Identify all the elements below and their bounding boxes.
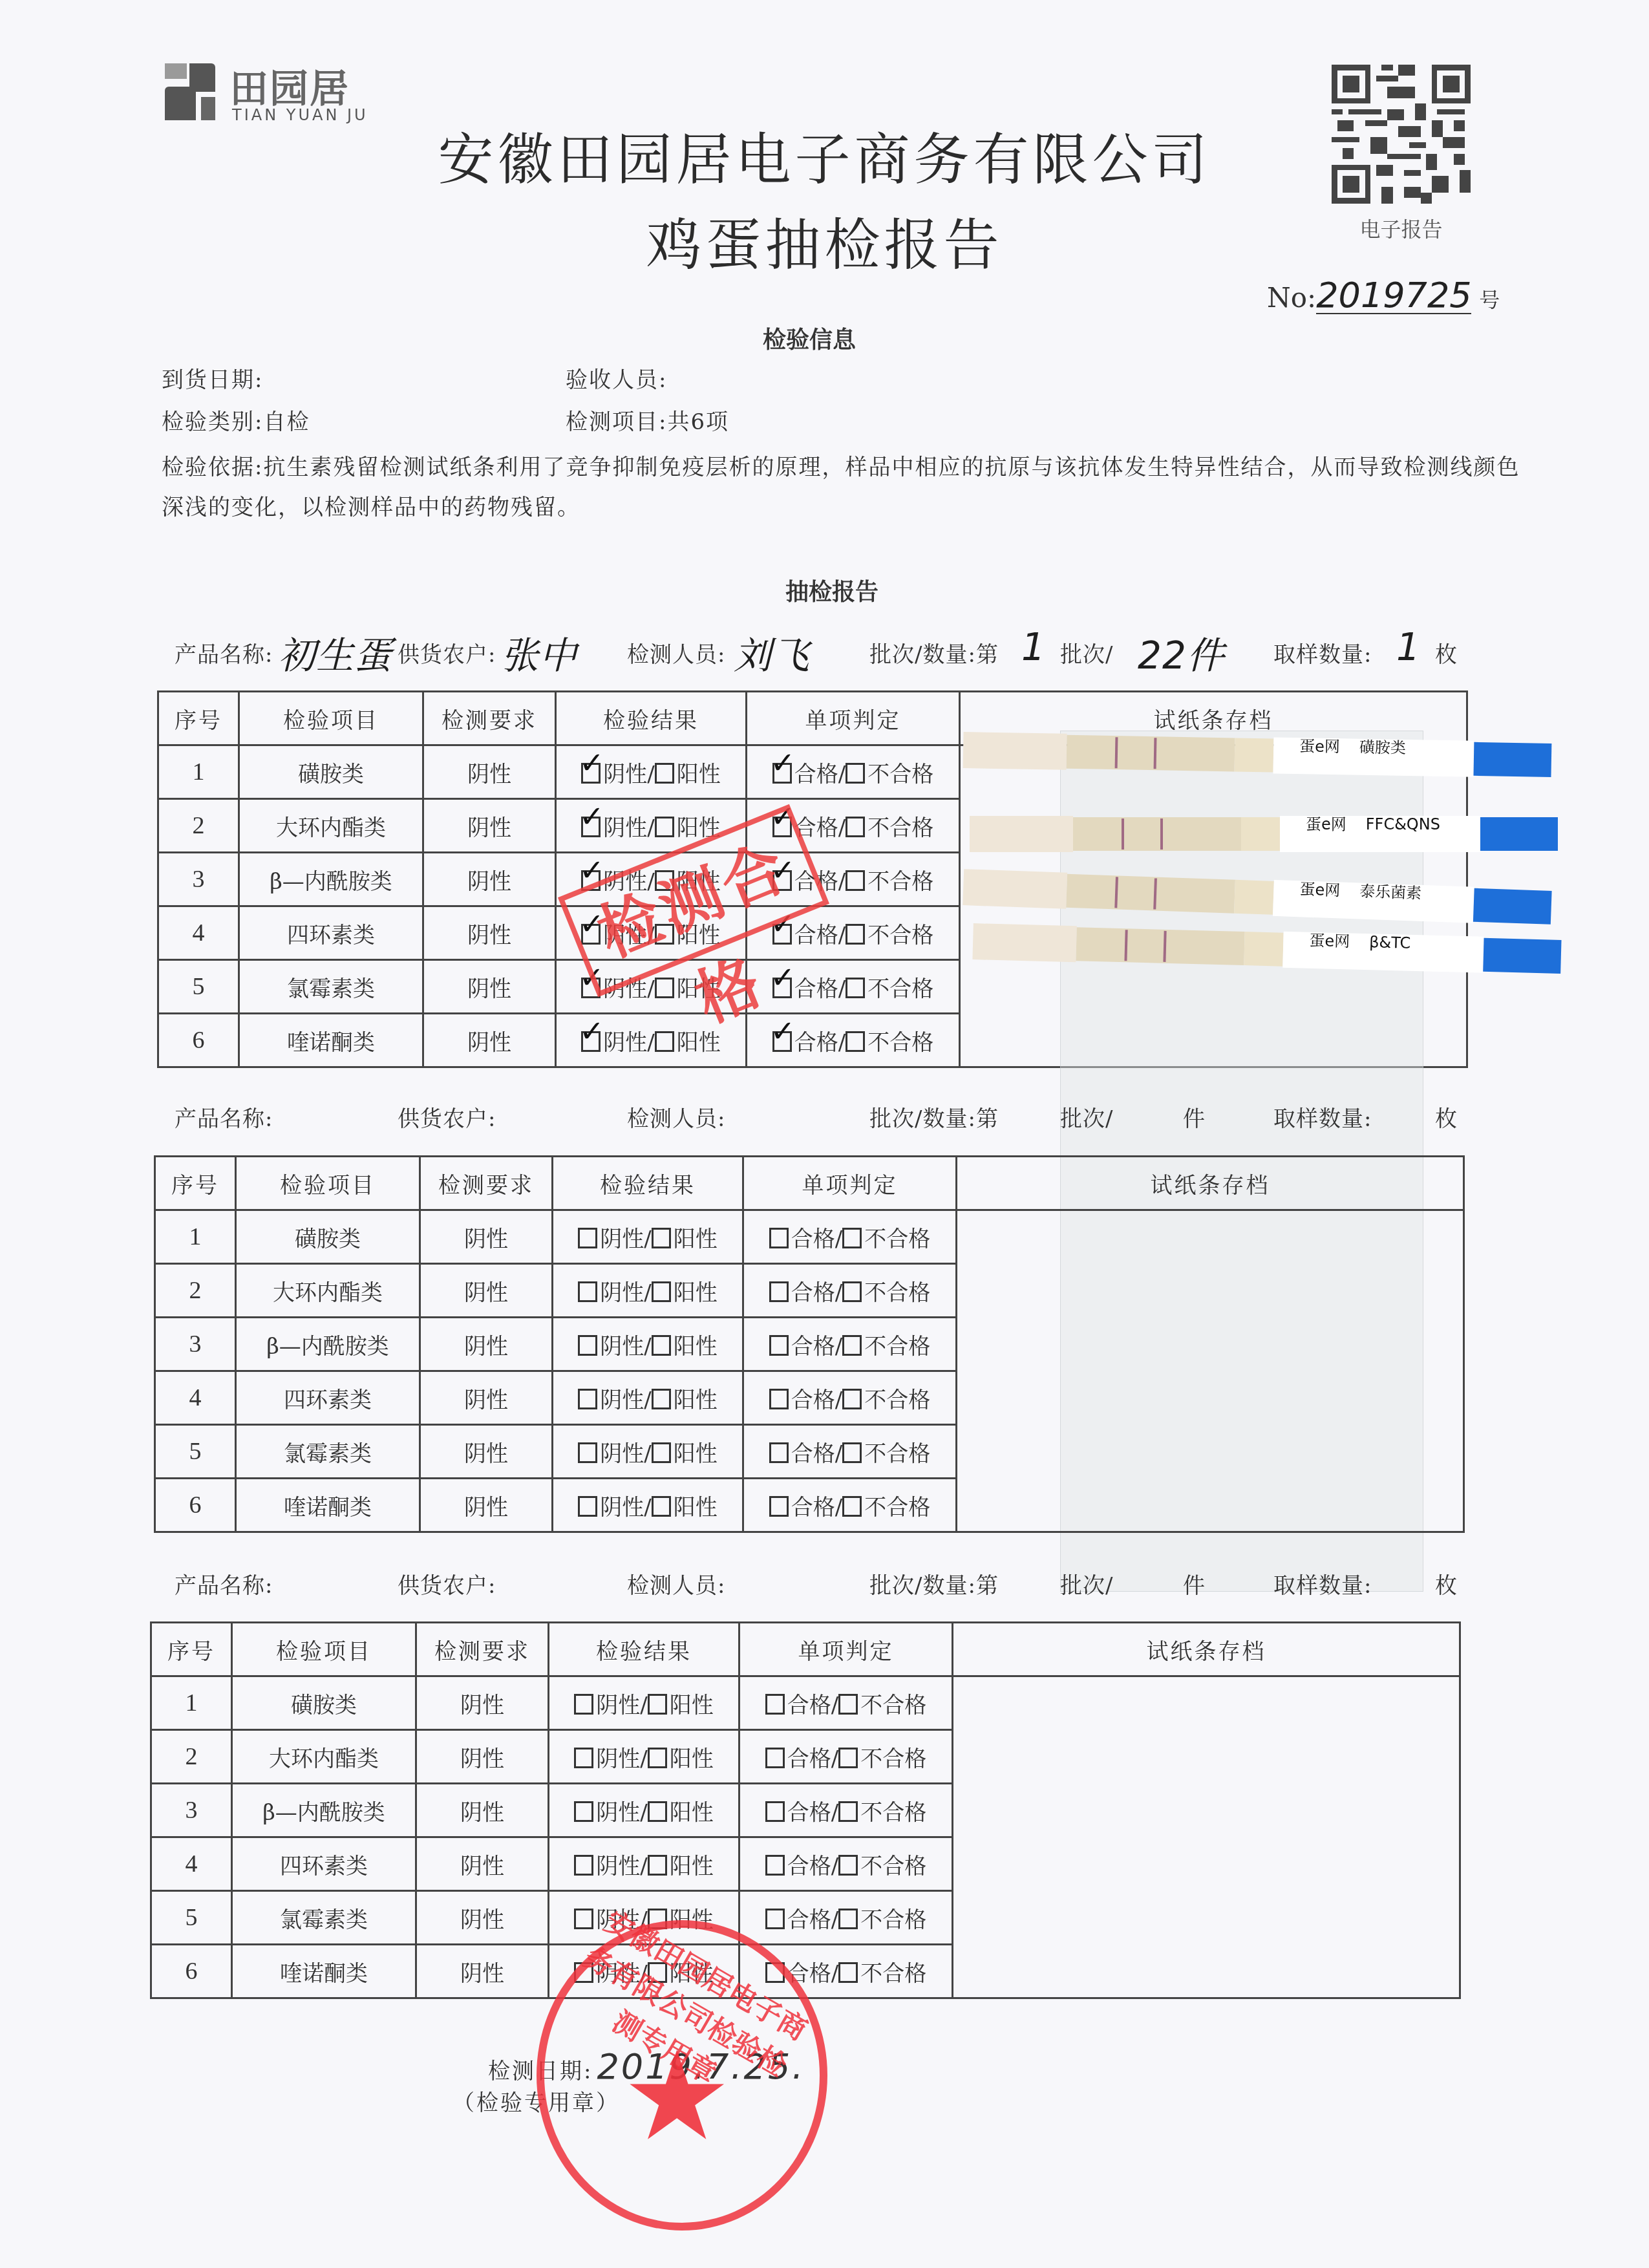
pass-label: 合格	[787, 1693, 831, 1718]
column-header: 检验结果	[556, 692, 747, 745]
pass-checkbox[interactable]	[765, 1909, 785, 1929]
test-item: 磺胺类	[239, 745, 423, 799]
column-header: 检验结果	[553, 1157, 743, 1210]
product-label: 产品名称:	[175, 1101, 273, 1133]
column-header: 序号	[155, 1157, 236, 1210]
positive-checkbox[interactable]	[648, 1694, 667, 1715]
product-label: 产品名称:	[175, 1568, 273, 1599]
test-item: 氯霉素类	[236, 1425, 420, 1479]
inspector-value[interactable]: 刘飞	[734, 625, 810, 679]
pass-checkbox[interactable]	[769, 1281, 789, 1302]
positive-label: 阳性	[677, 762, 721, 787]
test-items-field: 检测项目:共6项	[566, 404, 729, 436]
batch-label: 批次/数量:第	[869, 1101, 999, 1133]
sample-unit: 枚	[1435, 1101, 1458, 1133]
test-item: 四环素类	[232, 1837, 416, 1891]
strip-brand: 蛋e网	[1306, 815, 1346, 833]
option-separator: /	[835, 1226, 842, 1252]
fail-label: 不合格	[860, 1961, 926, 1987]
fail-checkbox[interactable]	[842, 1228, 862, 1248]
fail-checkbox[interactable]	[838, 1748, 858, 1768]
result-cell: 阴性/阳性	[553, 1210, 743, 1264]
positive-checkbox[interactable]	[655, 1031, 674, 1052]
row-number: 4	[155, 1371, 236, 1425]
option-separator: /	[835, 1495, 842, 1521]
option-separator: /	[647, 815, 654, 841]
requirement: 阴性	[420, 1479, 553, 1532]
judgement-cell: 合格/不合格	[739, 1837, 953, 1891]
test-item: 大环内酯类	[232, 1730, 416, 1784]
test-item: 四环素类	[236, 1371, 420, 1425]
pass-checkbox[interactable]	[772, 1031, 792, 1052]
row-number: 2	[151, 1730, 232, 1784]
positive-checkbox[interactable]	[648, 1855, 667, 1876]
fail-label: 不合格	[864, 1280, 930, 1306]
requirement: 阴性	[420, 1210, 553, 1264]
company-logo: 田园居 TIAN YUAN JU	[165, 58, 385, 123]
negative-checkbox[interactable]	[581, 817, 601, 837]
negative-checkbox[interactable]	[578, 1442, 597, 1463]
requirement: 阴性	[420, 1318, 553, 1371]
test-item: 喹诺酮类	[239, 1014, 423, 1067]
row-number: 3	[158, 853, 239, 906]
report-number-label: No:	[1267, 282, 1316, 314]
qr-code-label: 电子报告	[1332, 213, 1471, 243]
row-number: 2	[158, 799, 239, 853]
fail-label: 不合格	[864, 1387, 930, 1413]
logo-mark-icon	[165, 63, 223, 122]
product-label: 产品名称:	[175, 637, 273, 669]
arrival-date-field: 到货日期:	[162, 362, 263, 394]
strip-name: 磺胺类	[1359, 738, 1406, 757]
negative-label: 阴性	[603, 815, 647, 841]
row-number: 3	[151, 1784, 232, 1837]
fail-label: 不合格	[864, 1441, 930, 1467]
pass-checkbox[interactable]	[772, 924, 792, 945]
fail-checkbox[interactable]	[846, 978, 865, 998]
result-cell: 阴性/阳性	[553, 1371, 743, 1425]
positive-checkbox[interactable]	[652, 1335, 671, 1356]
option-separator: /	[831, 1693, 838, 1718]
positive-label: 阳性	[674, 1495, 718, 1521]
fail-label: 不合格	[867, 923, 933, 948]
negative-label: 阴性	[600, 1226, 644, 1252]
pass-label: 合格	[794, 976, 838, 1002]
positive-checkbox[interactable]	[655, 763, 674, 784]
option-separator: /	[644, 1334, 651, 1360]
row-number: 4	[151, 1837, 232, 1891]
option-separator: /	[644, 1226, 651, 1252]
pass-label: 合格	[794, 762, 838, 787]
column-header: 试纸条存档	[957, 1157, 1464, 1210]
row-number: 1	[158, 745, 239, 799]
fail-label: 不合格	[864, 1226, 930, 1252]
sample-label: 取样数量:	[1273, 637, 1372, 669]
column-header: 单项判定	[747, 692, 960, 745]
column-header: 单项判定	[743, 1157, 957, 1210]
option-separator: /	[640, 1693, 647, 1718]
row-number: 5	[151, 1891, 232, 1945]
result-cell: 阴性/阳性	[549, 1676, 739, 1730]
test-item: β—内酰胺类	[236, 1318, 420, 1371]
column-header: 检验项目	[239, 692, 423, 745]
negative-checkbox[interactable]	[574, 1801, 593, 1822]
judgement-cell: 合格/不合格	[739, 1784, 953, 1837]
positive-label: 阳性	[670, 1854, 714, 1879]
pass-checkbox[interactable]	[769, 1389, 789, 1409]
row-number: 6	[158, 1014, 239, 1067]
column-header: 检验结果	[549, 1623, 739, 1676]
pass-label: 合格	[787, 1800, 831, 1826]
pass-checkbox[interactable]	[769, 1496, 789, 1517]
inspection-basis: 检验依据:抗生素残留检测试纸条利用了竞争抑制免疫层析的原理，样品中相应的抗原与该…	[162, 447, 1532, 528]
sample-meta-row: 产品名称:供货农户:检测人员:批次/数量:第批次/件取样数量:枚	[175, 1568, 1467, 1607]
negative-label: 阴性	[596, 1746, 640, 1772]
pass-label: 合格	[791, 1334, 835, 1360]
negative-checkbox[interactable]	[574, 1748, 593, 1768]
table-row: 1磺胺类阴性阴性/阳性合格/不合格	[155, 1210, 1464, 1264]
column-header: 序号	[158, 692, 239, 745]
column-header: 单项判定	[739, 1623, 953, 1676]
option-separator: /	[644, 1387, 651, 1413]
fail-checkbox[interactable]	[846, 924, 865, 945]
test-item: 喹诺酮类	[232, 1945, 416, 1998]
strip-name: 泰乐菌素	[1359, 883, 1422, 903]
fail-label: 不合格	[860, 1746, 926, 1772]
judgement-cell: 合格/不合格	[739, 1730, 953, 1784]
pass-checkbox[interactable]	[772, 978, 792, 998]
test-item: 氯霉素类	[232, 1891, 416, 1945]
strip-brand: 蛋e网	[1299, 737, 1340, 756]
fail-checkbox[interactable]	[842, 1281, 862, 1302]
option-separator: /	[831, 1907, 838, 1933]
test-strip: 蛋e网FFC&QNS	[970, 816, 1558, 852]
pass-checkbox[interactable]	[765, 1748, 785, 1768]
batch-label: 批次/数量:第	[869, 637, 999, 669]
option-separator: /	[835, 1387, 842, 1413]
sample-label: 取样数量:	[1273, 1568, 1372, 1599]
judgement-cell: 合格/不合格	[747, 960, 960, 1014]
column-header: 检测要求	[423, 692, 556, 745]
negative-label: 阴性	[600, 1334, 644, 1360]
batch-mid-label: 批次/	[1060, 637, 1113, 669]
pass-checkbox[interactable]	[765, 1694, 785, 1715]
test-item: 喹诺酮类	[236, 1479, 420, 1532]
positive-checkbox[interactable]	[648, 1748, 667, 1768]
negative-checkbox[interactable]	[581, 763, 601, 784]
positive-checkbox[interactable]	[652, 1281, 671, 1302]
judgement-cell: 合格/不合格	[743, 1479, 957, 1532]
judgement-cell: 合格/不合格	[739, 1891, 953, 1945]
category-value: 自检	[263, 409, 310, 435]
positive-label: 阳性	[670, 1693, 714, 1718]
judgement-cell: 合格/不合格	[747, 1014, 960, 1067]
fail-label: 不合格	[864, 1334, 930, 1360]
test-items-value: 共6项	[667, 409, 729, 435]
row-number: 3	[155, 1318, 236, 1371]
inspector-label: 检测人员:	[627, 1568, 725, 1599]
table-header-row: 序号检验项目检测要求检验结果单项判定试纸条存档	[151, 1623, 1460, 1676]
option-separator: /	[835, 1441, 842, 1467]
row-number: 5	[155, 1425, 236, 1479]
row-number: 6	[151, 1945, 232, 1998]
negative-label: 阴性	[596, 1693, 640, 1718]
positive-checkbox[interactable]	[652, 1496, 671, 1517]
negative-label: 阴性	[600, 1495, 644, 1521]
judgement-cell: 合格/不合格	[743, 1425, 957, 1479]
option-separator: /	[644, 1495, 651, 1521]
option-separator: /	[831, 1854, 838, 1879]
requirement: 阴性	[416, 1945, 549, 1998]
negative-checkbox[interactable]	[578, 1228, 597, 1248]
negative-label: 阴性	[600, 1387, 644, 1413]
test-item: 磺胺类	[236, 1210, 420, 1264]
strip-name: β&TC	[1369, 933, 1411, 952]
positive-label: 阳性	[670, 1800, 714, 1826]
judgement-cell: 合格/不合格	[743, 1318, 957, 1371]
requirement: 阴性	[423, 853, 556, 906]
requirement: 阴性	[416, 1891, 549, 1945]
positive-label: 阳性	[670, 1746, 714, 1772]
fail-label: 不合格	[860, 1907, 926, 1933]
option-separator: /	[644, 1280, 651, 1306]
positive-checkbox[interactable]	[652, 1228, 671, 1248]
report-number-value: 2019725	[1316, 278, 1471, 314]
negative-checkbox[interactable]	[581, 1031, 601, 1052]
requirement: 阴性	[416, 1676, 549, 1730]
inspection-table: 序号检验项目检测要求检验结果单项判定试纸条存档1磺胺类阴性阴性/阳性合格/不合格…	[150, 1621, 1461, 1999]
inspection-table: 序号检验项目检测要求检验结果单项判定试纸条存档1磺胺类阴性阴性/阳性合格/不合格…	[154, 1155, 1465, 1533]
requirement: 阴性	[423, 799, 556, 853]
fail-checkbox[interactable]	[838, 1801, 858, 1822]
inspector-label: 检测人员:	[627, 1101, 725, 1133]
negative-label: 阴性	[596, 1800, 640, 1826]
pass-checkbox[interactable]	[765, 1801, 785, 1822]
negative-checkbox[interactable]	[574, 1909, 593, 1929]
table-header-row: 序号检验项目检测要求检验结果单项判定试纸条存档	[155, 1157, 1464, 1210]
option-separator: /	[838, 1030, 846, 1056]
fail-checkbox[interactable]	[842, 1442, 862, 1463]
requirement: 阴性	[423, 960, 556, 1014]
positive-label: 阳性	[674, 1280, 718, 1306]
strip-brand: 蛋e网	[1309, 932, 1350, 951]
requirement: 阴性	[420, 1371, 553, 1425]
row-number: 2	[155, 1264, 236, 1318]
column-header: 检测要求	[416, 1623, 549, 1676]
pass-checkbox[interactable]	[765, 1855, 785, 1876]
pass-checkbox[interactable]	[769, 1228, 789, 1248]
option-separator: /	[647, 1030, 654, 1056]
negative-checkbox[interactable]	[578, 1389, 597, 1409]
test-item: 磺胺类	[232, 1676, 416, 1730]
pass-checkbox[interactable]	[772, 763, 792, 784]
option-separator: /	[831, 1800, 838, 1826]
positive-label: 阳性	[674, 1334, 718, 1360]
category-field: 检验类别:自检	[162, 404, 310, 436]
fail-checkbox[interactable]	[838, 1909, 858, 1929]
batch-value[interactable]: 1	[1021, 625, 1046, 669]
positive-checkbox[interactable]	[648, 1801, 667, 1822]
qty-value[interactable]: 22件	[1138, 625, 1225, 679]
pass-label: 合格	[791, 1495, 835, 1521]
negative-label: 阴性	[603, 1030, 647, 1056]
report-number-suffix: 号	[1479, 288, 1500, 312]
pass-label: 合格	[787, 1854, 831, 1879]
farmer-value[interactable]: 张中	[501, 625, 577, 679]
fail-label: 不合格	[867, 976, 933, 1002]
fail-checkbox[interactable]	[846, 817, 865, 837]
fail-checkbox[interactable]	[838, 1962, 858, 1983]
positive-label: 阳性	[674, 1226, 718, 1252]
fail-checkbox[interactable]	[846, 763, 865, 784]
test-strip-archive-cell	[953, 1676, 1460, 1998]
batch-mid-label: 批次/	[1060, 1568, 1113, 1599]
fail-label: 不合格	[867, 869, 933, 895]
fail-label: 不合格	[864, 1495, 930, 1521]
sample-unit: 枚	[1435, 1568, 1458, 1599]
column-header: 检测要求	[420, 1157, 553, 1210]
row-number: 1	[155, 1210, 236, 1264]
fail-checkbox[interactable]	[846, 870, 865, 891]
option-separator: /	[647, 976, 654, 1002]
fail-checkbox[interactable]	[842, 1496, 862, 1517]
negative-label: 阴性	[600, 1280, 644, 1306]
fail-checkbox[interactable]	[838, 1694, 858, 1715]
test-strip-archive-cell	[957, 1210, 1464, 1532]
option-separator: /	[640, 1854, 647, 1879]
judgement-cell: 合格/不合格	[743, 1371, 957, 1425]
column-header: 试纸条存档	[953, 1623, 1460, 1676]
option-separator: /	[644, 1441, 651, 1467]
batch-label: 批次/数量:第	[869, 1568, 999, 1599]
row-number: 6	[155, 1479, 236, 1532]
fail-checkbox[interactable]	[842, 1335, 862, 1356]
result-cell: 阴性/阳性	[549, 1837, 739, 1891]
judgement-cell: 合格/不合格	[739, 1676, 953, 1730]
option-separator: /	[647, 762, 654, 787]
pass-label: 合格	[791, 1441, 835, 1467]
fail-label: 不合格	[860, 1693, 926, 1718]
farmer-label: 供货农户:	[398, 1568, 496, 1599]
fail-checkbox[interactable]	[838, 1855, 858, 1876]
negative-label: 阴性	[600, 1441, 644, 1467]
positive-label: 阳性	[674, 1387, 718, 1413]
pass-label: 合格	[787, 1907, 831, 1933]
negative-checkbox[interactable]	[578, 1281, 597, 1302]
judgement-cell: 合格/不合格	[743, 1210, 957, 1264]
result-cell: 阴性/阳性	[553, 1318, 743, 1371]
receiver-label: 验收人员:	[566, 367, 667, 393]
judgement-cell: 合格/不合格	[747, 745, 960, 799]
product-value[interactable]: 初生蛋	[278, 625, 392, 679]
section-title-report: 抽检报告	[785, 574, 878, 607]
negative-checkbox[interactable]	[574, 1694, 593, 1715]
fail-label: 不合格	[867, 762, 933, 787]
test-item: 大环内酯类	[236, 1264, 420, 1318]
row-number: 4	[158, 906, 239, 960]
option-separator: /	[640, 1746, 647, 1772]
negative-label: 阴性	[603, 762, 647, 787]
star-icon: ★	[622, 2025, 732, 2168]
test-item: 大环内酯类	[239, 799, 423, 853]
farmer-label: 供货农户:	[398, 1101, 496, 1133]
positive-checkbox[interactable]	[652, 1389, 671, 1409]
negative-checkbox[interactable]	[574, 1855, 593, 1876]
requirement: 阴性	[416, 1837, 549, 1891]
strip-brand: 蛋e网	[1299, 880, 1341, 899]
negative-checkbox[interactable]	[578, 1335, 597, 1356]
requirement: 阴性	[416, 1784, 549, 1837]
inspector-label: 检测人员:	[627, 637, 725, 669]
arrival-date-label: 到货日期:	[162, 367, 263, 393]
test-items-label: 检测项目:	[566, 409, 667, 435]
option-separator: /	[838, 923, 846, 948]
farmer-label: 供货农户:	[398, 637, 496, 669]
fail-checkbox[interactable]	[842, 1389, 862, 1409]
sample-meta-row: 产品名称:供货农户:检测人员:批次/数量:第批次/件取样数量:枚	[175, 1101, 1467, 1140]
requirement: 阴性	[423, 1014, 556, 1067]
strip-name: FFC&QNS	[1366, 815, 1440, 833]
fail-checkbox[interactable]	[846, 1031, 865, 1052]
pass-checkbox[interactable]	[769, 1442, 789, 1463]
batch-mid-label: 批次/	[1060, 1101, 1113, 1133]
option-separator: /	[838, 869, 846, 895]
result-cell: 阴性/阳性	[549, 1730, 739, 1784]
test-item: β—内酰胺类	[239, 853, 423, 906]
column-header: 检验项目	[236, 1157, 420, 1210]
fail-label: 不合格	[860, 1800, 926, 1826]
positive-checkbox[interactable]	[652, 1442, 671, 1463]
option-separator: /	[835, 1280, 842, 1306]
requirement: 阴性	[420, 1264, 553, 1318]
result-cell: 阴性/阳性	[553, 1425, 743, 1479]
result-cell: 阴性/阳性	[553, 1264, 743, 1318]
requirement: 阴性	[423, 745, 556, 799]
requirement: 阴性	[420, 1425, 553, 1479]
option-separator: /	[838, 762, 846, 787]
column-header: 序号	[151, 1623, 232, 1676]
fail-label: 不合格	[860, 1854, 926, 1879]
test-item: 氯霉素类	[239, 960, 423, 1014]
qty-unit: 件	[1183, 1568, 1206, 1599]
row-number: 5	[158, 960, 239, 1014]
option-separator: /	[838, 976, 846, 1002]
official-seal: 安徽田园居电子商务有限公司检验检测专用章 ★	[537, 1920, 827, 2231]
qr-code-icon	[1332, 65, 1471, 204]
sample-label: 取样数量:	[1273, 1101, 1372, 1133]
sample-meta-row: 产品名称:初生蛋供货农户:张中检测人员:刘飞批次/数量:第1批次/22件取样数量…	[175, 637, 1467, 676]
judgement-cell: 合格/不合格	[743, 1264, 957, 1318]
fail-label: 不合格	[867, 815, 933, 841]
pass-label: 合格	[791, 1226, 835, 1252]
option-separator: /	[831, 1961, 838, 1987]
column-header: 检验项目	[232, 1623, 416, 1676]
pass-checkbox[interactable]	[769, 1335, 789, 1356]
negative-checkbox[interactable]	[578, 1496, 597, 1517]
sample-value[interactable]: 1	[1396, 625, 1421, 669]
positive-checkbox[interactable]	[655, 978, 674, 998]
table-row: 1磺胺类阴性阴性/阳性合格/不合格	[151, 1676, 1460, 1730]
option-separator: /	[838, 815, 846, 841]
category-label: 检验类别:	[162, 409, 263, 435]
row-number: 1	[151, 1676, 232, 1730]
option-separator: /	[831, 1746, 838, 1772]
option-separator: /	[640, 1800, 647, 1826]
requirement: 阴性	[423, 906, 556, 960]
pass-label: 合格	[791, 1280, 835, 1306]
section-title-inspection-info: 检验信息	[763, 322, 856, 355]
positive-checkbox[interactable]	[655, 817, 674, 837]
